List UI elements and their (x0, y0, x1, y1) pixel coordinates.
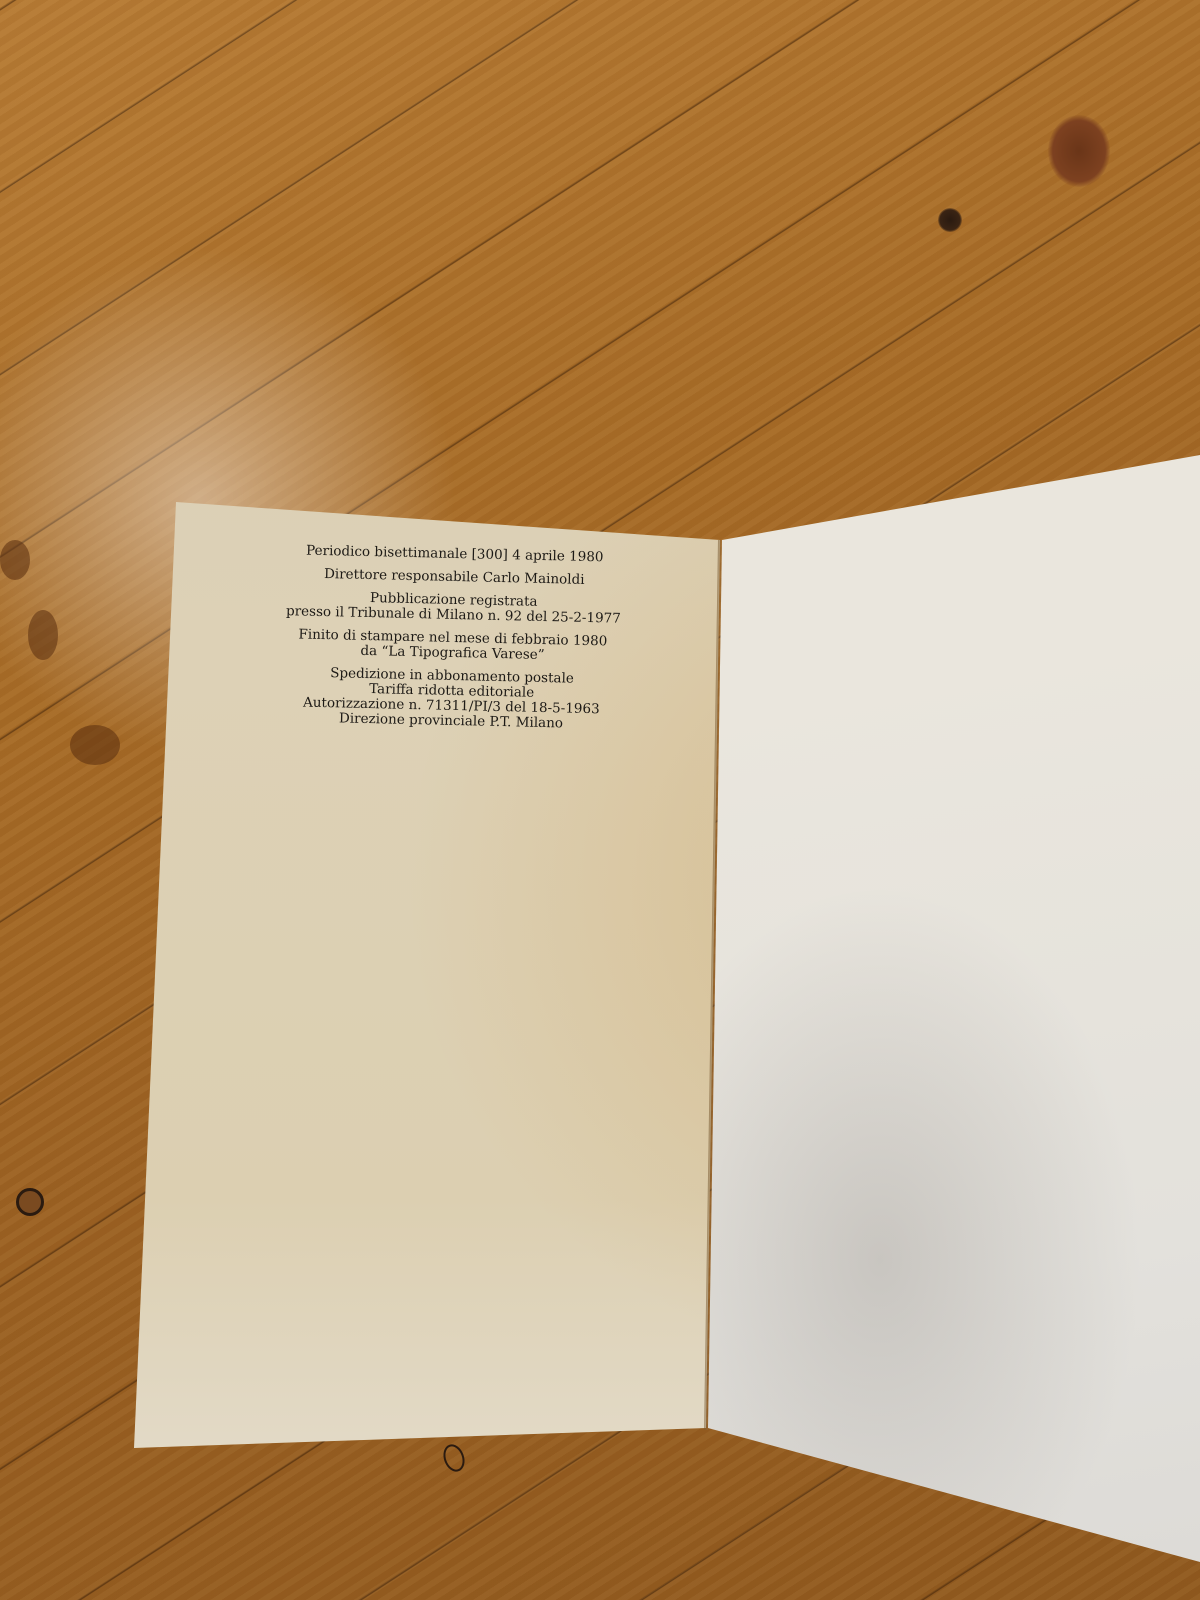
wood-knot (938, 208, 962, 232)
wood-knot (16, 1188, 44, 1216)
floor-stain (0, 540, 30, 580)
colophon-text: Periodico bisettimanale [300] 4 aprile 1… (276, 543, 630, 741)
colophon-printing: Finito di stampare nel mese di febbraio … (277, 627, 628, 665)
floor-stain (28, 610, 58, 660)
colophon-postal: Spedizione in abbonamento postale Tariff… (276, 665, 627, 733)
wood-knot (1048, 115, 1110, 187)
floor-stain (70, 725, 120, 765)
colophon-line: Direttore responsabile Carlo Mainoldi (279, 566, 629, 589)
colophon-registration: Pubblicazione registrata presso il Tribu… (278, 589, 629, 627)
colophon-director: Direttore responsabile Carlo Mainoldi (279, 566, 629, 589)
